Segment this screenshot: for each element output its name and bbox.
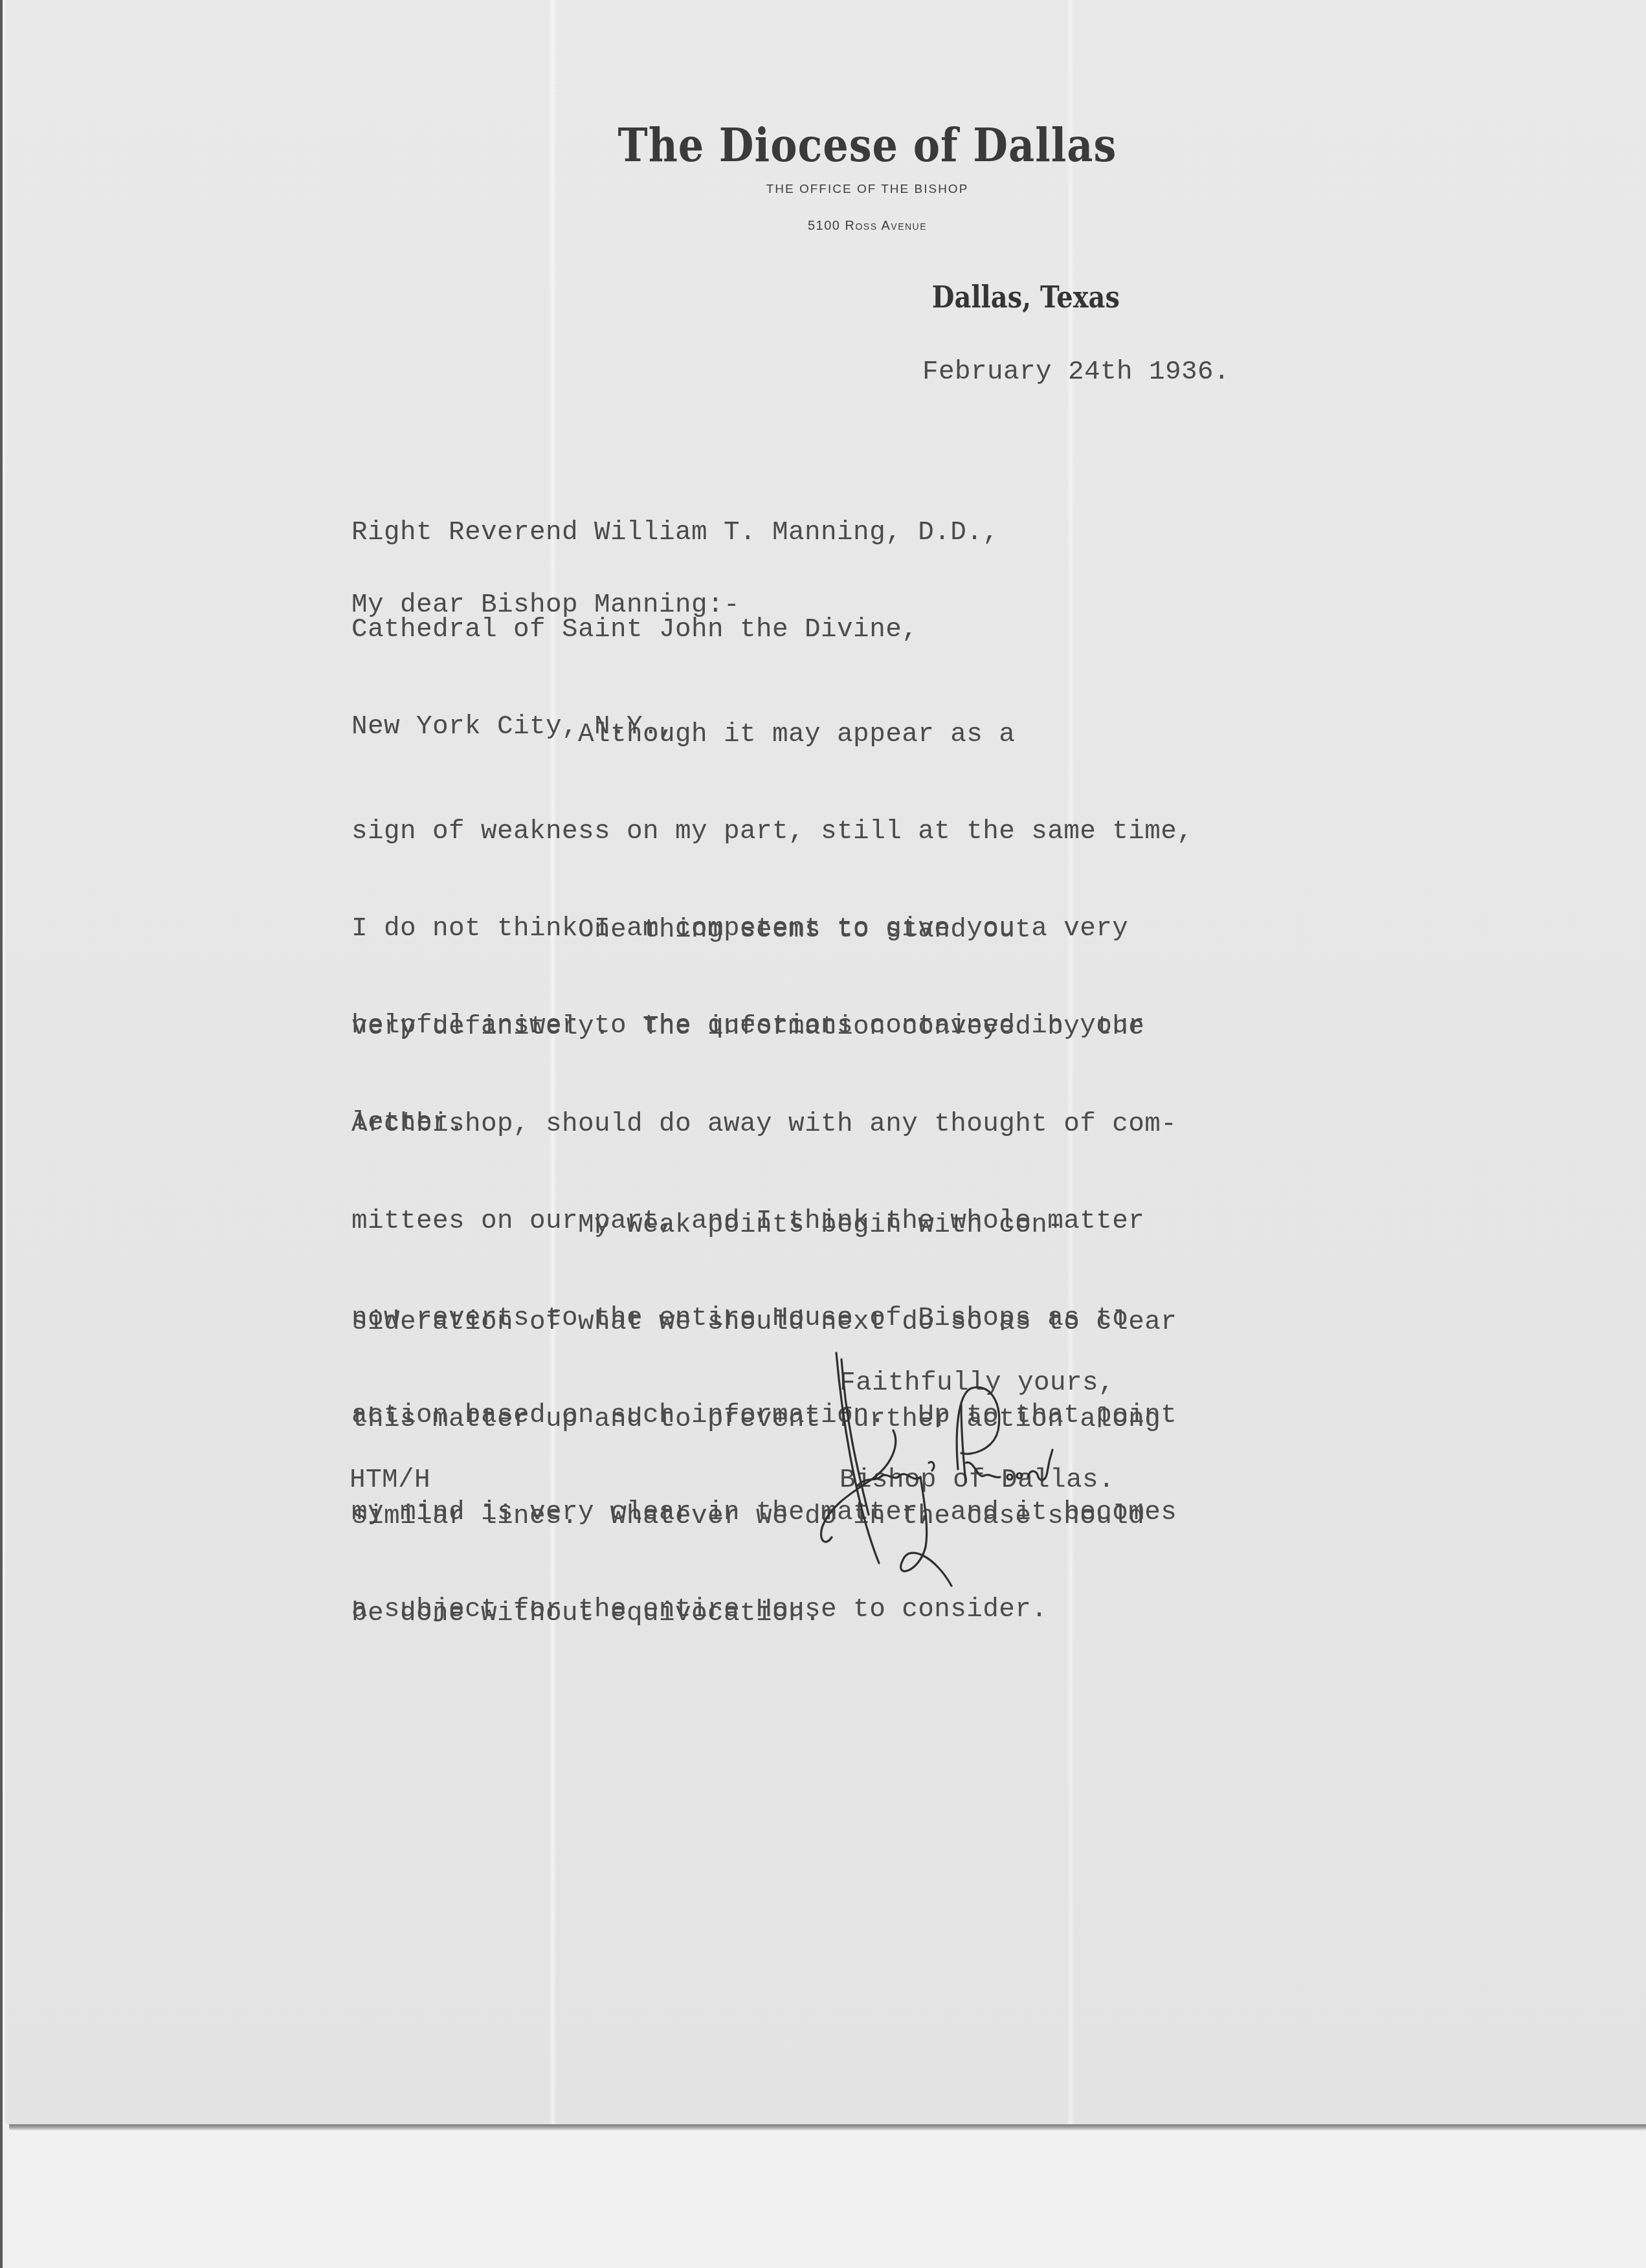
paragraph-line: sideration of what we should next do so …: [351, 1306, 1177, 1339]
paragraph-line: sign of weakness on my part, still at th…: [351, 816, 1193, 848]
complimentary-close: Faithfully yours,: [840, 1367, 1115, 1399]
salutation: My dear Bishop Manning:-: [351, 589, 740, 621]
letter-date: February 24th 1936.: [922, 356, 1230, 388]
letterhead-address: 5100 Ross Avenue: [667, 219, 1068, 234]
paragraph-line: similar lines. Whatever we do in the cas…: [351, 1500, 1177, 1533]
paragraph-line: this matter up and to prevent further ac…: [351, 1403, 1177, 1436]
paragraph-line: One thing seems to stand out: [351, 914, 1177, 946]
signer-title: Bishop of Dallas.: [840, 1464, 1115, 1496]
paragraph-line: very definitely. The information conveye…: [351, 1011, 1177, 1043]
paragraph-line: Archbishop, should do away with any thou…: [351, 1108, 1177, 1140]
scanner-edge: [0, 0, 3, 2268]
body-paragraph-3: My weak points begin with con- sideratio…: [351, 1144, 1177, 1662]
page-bottom-shadow: [9, 2124, 1646, 2131]
letterhead-office: THE OFFICE OF THE BISHOP: [667, 183, 1068, 197]
letterhead-city: Dallas, Texas: [906, 280, 1120, 315]
paragraph-line: My weak points begin with con-: [351, 1209, 1177, 1241]
paragraph-line: Although it may appear as a: [351, 718, 1193, 751]
letterhead-title: The Diocese of Dallas: [583, 118, 1152, 173]
recipient-line: Right Reverend William T. Manning, D.D.,: [351, 517, 999, 549]
reference-initials: HTM/H: [350, 1464, 430, 1496]
paragraph-line: be done without equivocation.: [351, 1597, 1177, 1630]
